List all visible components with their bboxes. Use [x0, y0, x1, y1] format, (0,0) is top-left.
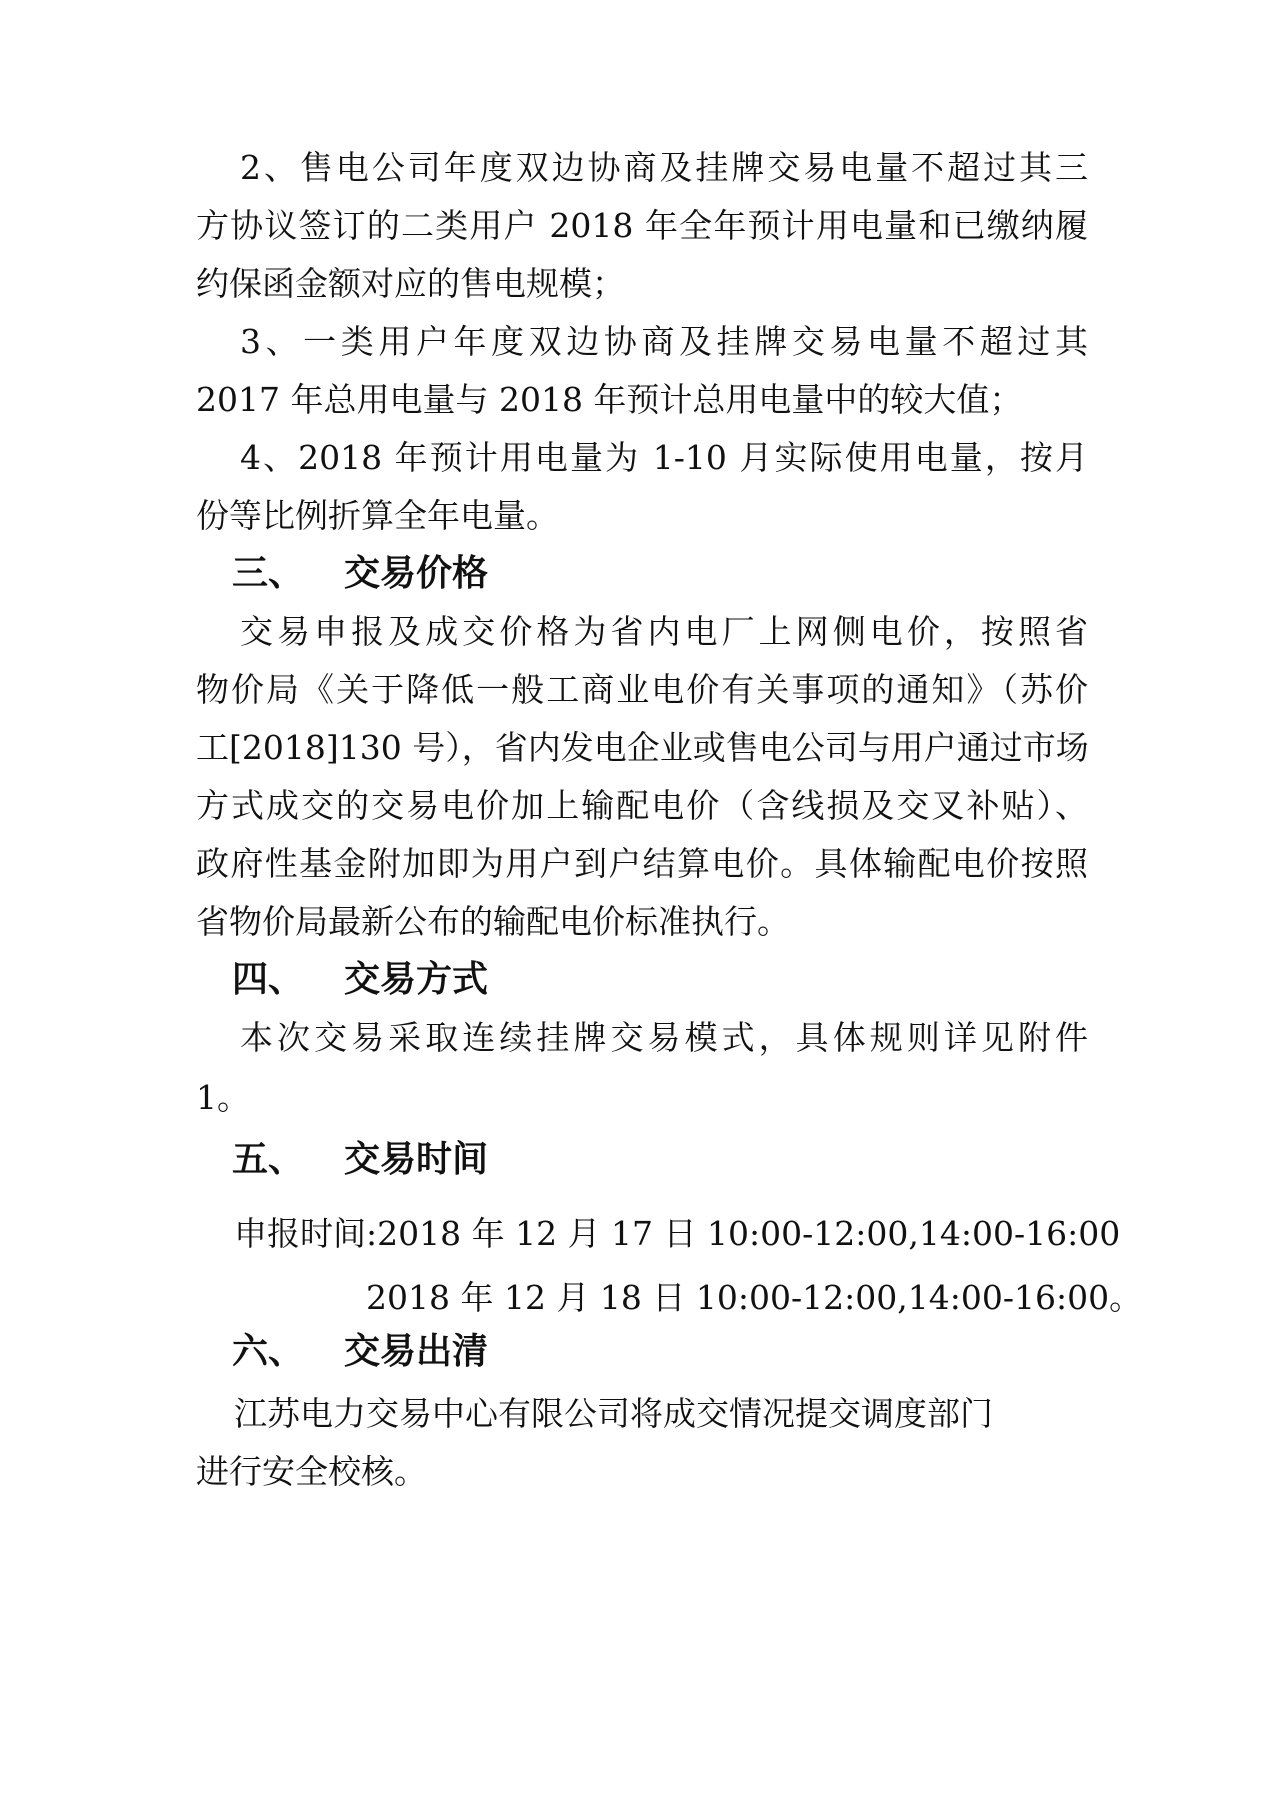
item-4-line-1: 4、2018 年预计用电量为 1-10 月实际使用电量，按月	[240, 438, 1088, 478]
section-5-heading: 五、交易时间	[232, 1138, 488, 1182]
section-3-heading: 三、交易价格	[232, 552, 488, 596]
item-2-line-3: 约保函金额对应的售电规模；	[196, 264, 1088, 304]
section-5-title: 交易时间	[344, 1139, 488, 1180]
section-4-number: 四、	[232, 958, 344, 1002]
section-3-line-2: 物价局《关于降低一般工商业电价有关事项的通知》（苏价	[196, 670, 1088, 710]
section-5-number: 五、	[232, 1138, 344, 1182]
item-2-line-1: 2、售电公司年度双边协商及挂牌交易电量不超过其三	[240, 148, 1088, 188]
item-3-line-2: 2017 年总用电量与 2018 年预计总用电量中的较大值；	[196, 380, 1088, 420]
section-4-heading: 四、交易方式	[232, 958, 488, 1002]
section-3-line-6: 省物价局最新公布的输配电价标准执行。	[196, 902, 1088, 942]
section-3-line-4: 方式成交的交易电价加上输配电价（含线损及交叉补贴）、	[196, 786, 1088, 826]
section-4-line-1: 本次交易采取连续挂牌交易模式，具体规则详见附件	[240, 1018, 1088, 1058]
section-5-line-1: 申报时间:2018 年 12 月 17 日 10:00-12:00,14:00-…	[234, 1214, 1088, 1254]
item-4-line-2: 份等比例折算全年电量。	[196, 496, 1088, 536]
section-3-line-1: 交易申报及成交价格为省内电厂上网侧电价，按照省	[240, 612, 1088, 652]
section-6-number: 六、	[232, 1330, 344, 1374]
section-3-title: 交易价格	[344, 553, 488, 594]
section-5-line-2: 2018 年 12 月 18 日 10:00-12:00,14:00-16:00…	[366, 1278, 1088, 1318]
section-3-line-3: 工[2018]130 号），省内发电企业或售电公司与用户通过市场	[196, 728, 1088, 768]
section-6-line-2: 进行安全校核。	[196, 1452, 1088, 1492]
section-3-number: 三、	[232, 552, 344, 596]
item-3-line-1: 3、一类用户年度双边协商及挂牌交易电量不超过其	[240, 322, 1088, 362]
item-2-line-2: 方协议签订的二类用户 2018 年全年预计用电量和已缴纳履	[196, 206, 1088, 246]
section-3-line-5: 政府性基金附加即为用户到户结算电价。具体输配电价按照	[196, 844, 1088, 884]
section-6-heading: 六、交易出清	[232, 1330, 488, 1374]
section-4-line-2: 1。	[196, 1078, 1088, 1118]
section-4-title: 交易方式	[344, 959, 488, 1000]
section-6-title: 交易出清	[344, 1331, 488, 1372]
section-6-line-1: 江苏电力交易中心有限公司将成交情况提交调度部门	[234, 1394, 1088, 1434]
